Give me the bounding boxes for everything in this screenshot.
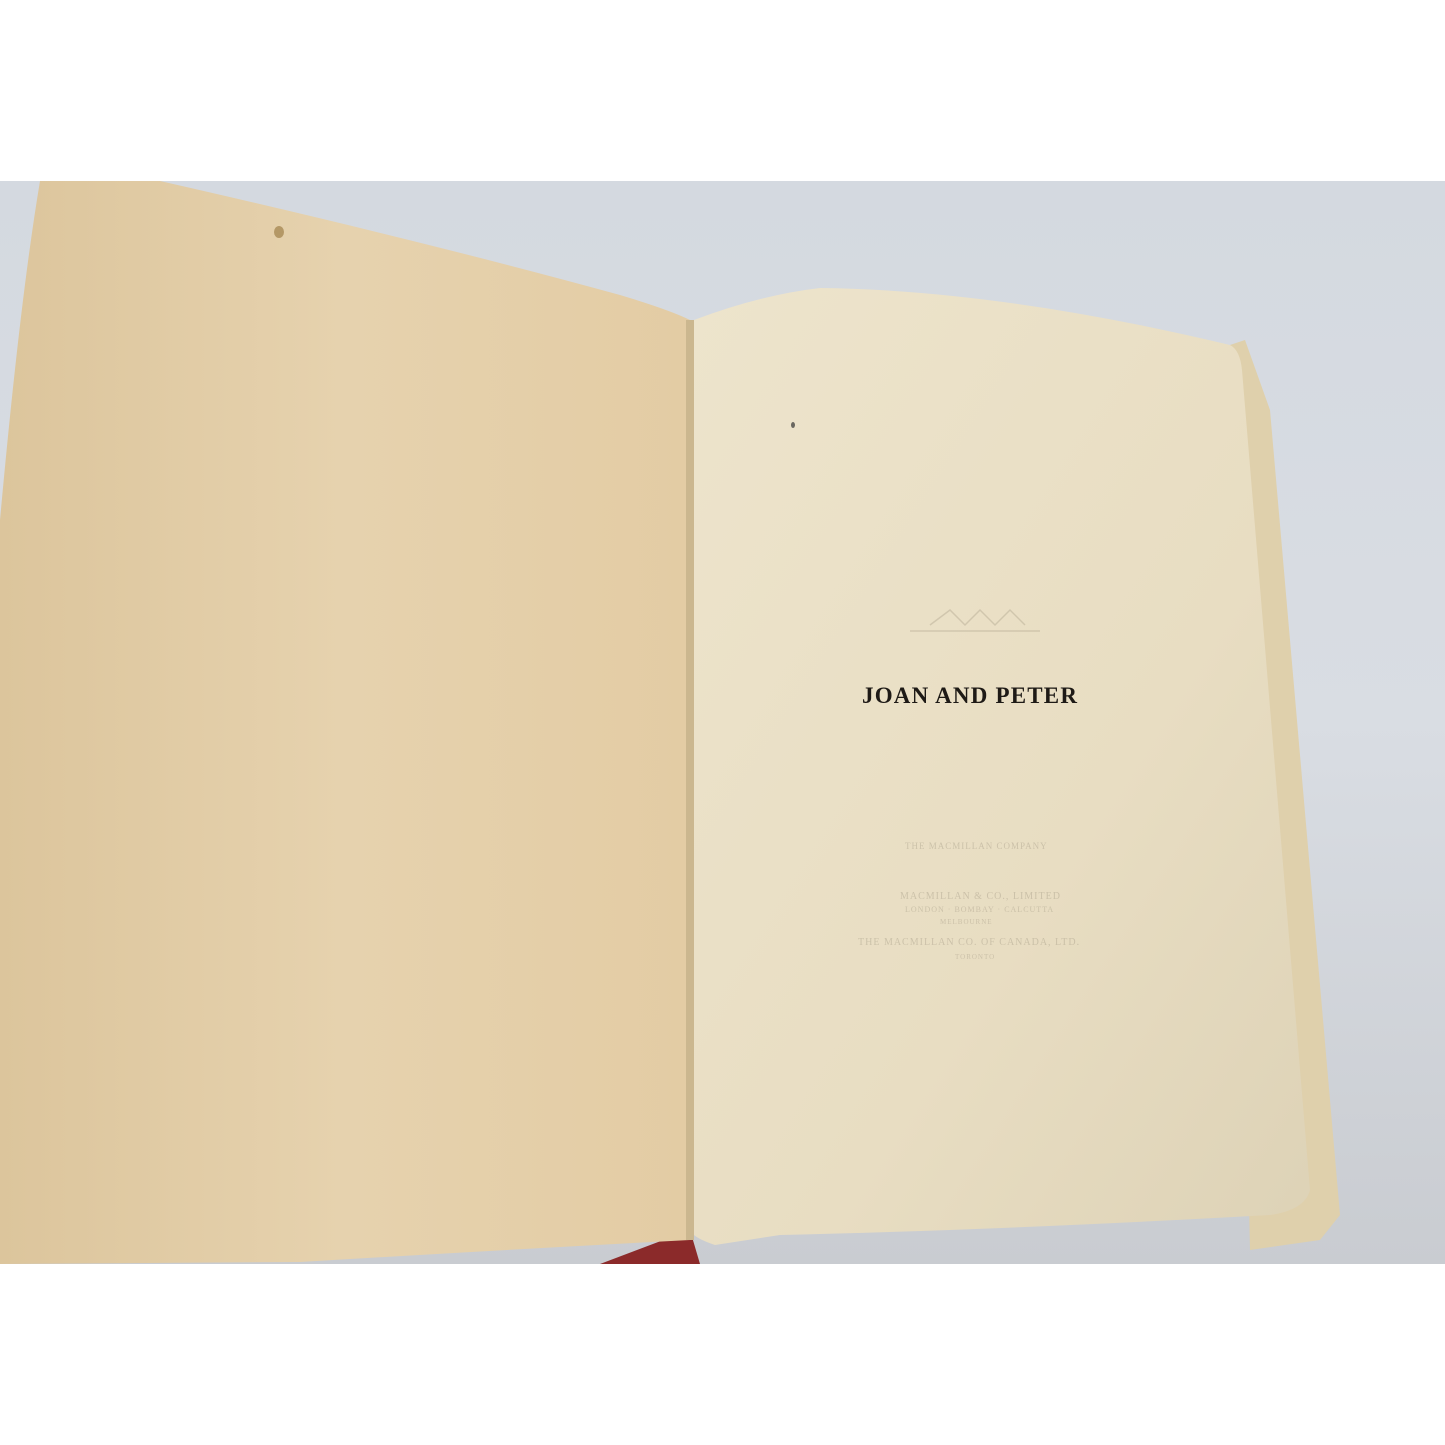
open-book-illustration [0, 181, 1445, 1264]
book-photo: THE MACMILLAN COMPANY MACMILLAN & CO., L… [0, 181, 1445, 1264]
foxing-stain [274, 226, 284, 238]
show-through-line-2: MACMILLAN & CO., LIMITED [900, 891, 1061, 902]
show-through-line-5: THE MACMILLAN CO. OF CANADA, LTD. [858, 937, 1080, 948]
show-through-line-6: TORONTO [955, 953, 995, 961]
ink-speck [791, 422, 795, 428]
book-title: JOAN AND PETER [862, 683, 1078, 709]
book-gutter [686, 320, 694, 1240]
show-through-line-3: LONDON · BOMBAY · CALCUTTA [905, 905, 1054, 914]
show-through-line-1: THE MACMILLAN COMPANY [905, 841, 1048, 851]
show-through-line-4: MELBOURNE [940, 918, 993, 926]
left-page [0, 181, 690, 1264]
right-page [694, 288, 1310, 1245]
